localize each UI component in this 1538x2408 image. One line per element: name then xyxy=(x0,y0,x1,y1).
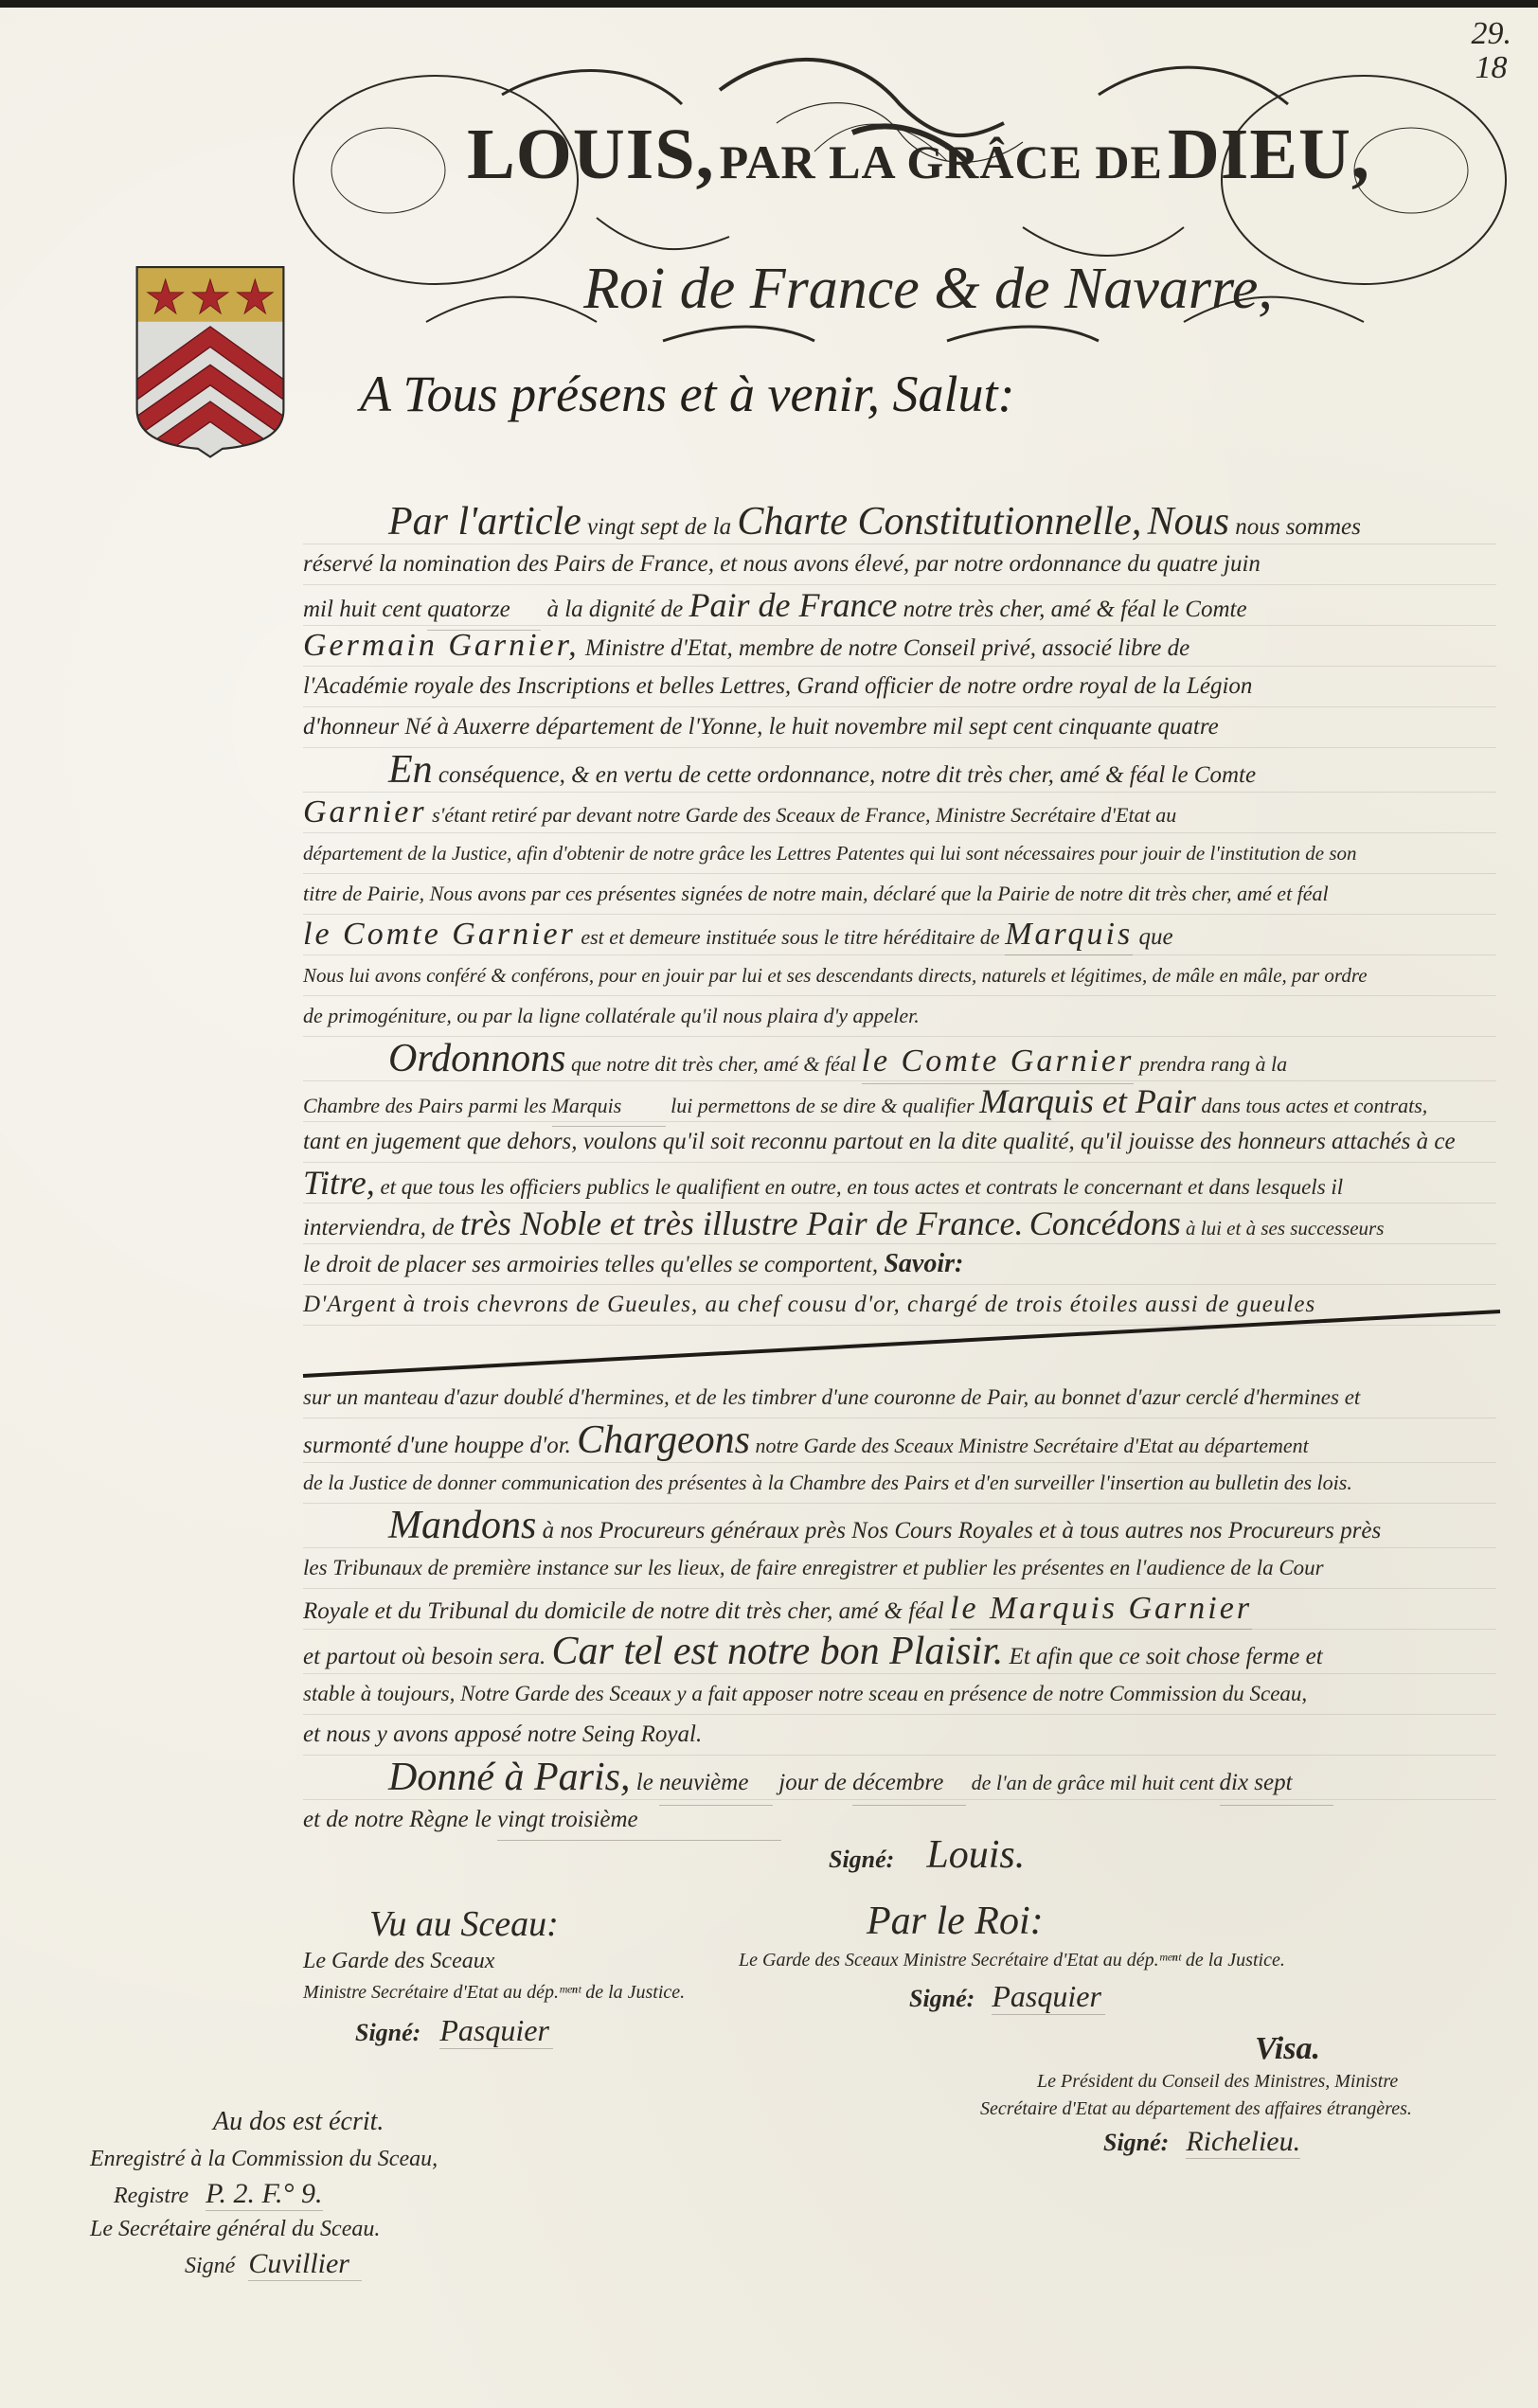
text-line: Mandons à nos Procureurs généraux près N… xyxy=(303,1504,1496,1548)
text-line: Nous lui avons conféré & conférons, pour… xyxy=(303,955,1496,996)
filled-field: Marquis xyxy=(1005,915,1133,955)
title-par-la-grace: PAR LA GRÂCE DE xyxy=(720,135,1163,188)
text-line: Titre, et que tous les officiers publics… xyxy=(303,1163,1496,1204)
text-line: Garnier s'étant retiré par devant notre … xyxy=(303,793,1496,833)
coat-of-arms-icon xyxy=(129,256,292,466)
scan-edge xyxy=(0,0,1538,8)
filled-field: neuvième xyxy=(659,1761,773,1806)
au-dos-block: Au dos est écrit. Enregistré à la Commis… xyxy=(90,2107,620,2281)
text-line: le Comte Garnier est et demeure institué… xyxy=(303,915,1496,955)
filled-field: Germain Garnier, xyxy=(303,628,580,663)
title-louis: LOUIS, xyxy=(467,115,715,194)
filled-field: le Marquis Garnier xyxy=(950,1589,1252,1630)
filled-field: Garnier xyxy=(303,794,427,829)
title-dieu: DIEU, xyxy=(1168,115,1370,194)
letters-patent-body: Par l'article vingt sept de la Charte Co… xyxy=(303,500,1496,1326)
par-le-roi-block: Par le Roi: Le Garde des Sceaux Ministre… xyxy=(739,1899,1402,2015)
letters-patent-body-continued: sur un manteau d'azur doublé d'hermines,… xyxy=(303,1378,1496,1840)
vu-au-sceau-block: Vu au Sceau: Le Garde des Sceaux Ministr… xyxy=(303,1903,748,2049)
filled-field: vingt troisième xyxy=(497,1800,781,1841)
text-line: et partout où besoin sera. Car tel est n… xyxy=(303,1630,1496,1674)
royal-subtitle: Roi de France & de Navarre, xyxy=(379,256,1477,323)
filled-field: quatorze xyxy=(427,590,541,631)
salutation: A Tous présens et à venir, Salut: xyxy=(360,365,1023,423)
au-dos-signature: Signé Cuvillier xyxy=(90,2248,620,2281)
text-line: Ordonnons que notre dit très cher, amé &… xyxy=(303,1037,1496,1081)
paragraph-ordonnons: Ordonnons que notre dit très cher, amé &… xyxy=(303,1037,1496,1326)
text-line: Par l'article vingt sept de la Charte Co… xyxy=(303,500,1496,544)
text-line: les Tribunaux de première instance sur l… xyxy=(303,1548,1496,1589)
divider-stroke xyxy=(301,1310,1502,1385)
paragraph-mandons: Mandons à nos Procureurs généraux près N… xyxy=(303,1504,1496,1756)
text-line: l'Académie royale des Inscriptions et be… xyxy=(303,667,1496,707)
au-dos-heading: Au dos est écrit. xyxy=(90,2107,620,2137)
savoir-label: Savoir: xyxy=(884,1249,963,1278)
paragraph-donne: Donné à Paris, le neuvième jour de décem… xyxy=(303,1756,1496,1840)
filled-field: Marquis xyxy=(552,1086,666,1127)
text-line: mil huit cent quatorze à la dignité de P… xyxy=(303,585,1496,626)
text-line: Chambre des Pairs parmi les Marquis lui … xyxy=(303,1081,1496,1122)
paragraph-consequence: En conséquence, & en vertu de cette ordo… xyxy=(303,748,1496,1037)
text-line: En conséquence, & en vertu de cette ordo… xyxy=(303,748,1496,793)
filled-field: dix sept xyxy=(1220,1761,1333,1806)
text-line: le droit de placer ses armoiries telles … xyxy=(303,1244,1496,1285)
text-line: tant en jugement que dehors, voulons qu'… xyxy=(303,1122,1496,1163)
filled-field: décembre xyxy=(852,1761,966,1806)
text-line: réservé la nomination des Pairs de Franc… xyxy=(303,544,1496,585)
visa-heading: Visa. xyxy=(980,2031,1511,2067)
vu-au-sceau-heading: Vu au Sceau: xyxy=(303,1903,748,1945)
vu-au-sceau-signature: Signé: Pasquier xyxy=(303,2013,748,2049)
text-line: stable à toujours, Notre Garde des Sceau… xyxy=(303,1674,1496,1715)
text-line: Germain Garnier, Ministre d'Etat, membre… xyxy=(303,626,1496,667)
royal-title: LOUIS, PAR LA GRÂCE DE DIEU, xyxy=(360,114,1477,196)
text-line: Donné à Paris, le neuvième jour de décem… xyxy=(303,1756,1496,1800)
text-line: titre de Pairie, Nous avons par ces prés… xyxy=(303,874,1496,915)
registre-line: Registre P. 2. F.° 9. xyxy=(90,2178,620,2211)
text-line: d'honneur Né à Auxerre département de l'… xyxy=(303,707,1496,748)
paragraph-manteau: sur un manteau d'azur doublé d'hermines,… xyxy=(303,1378,1496,1504)
king-signature: Signé: Louis. xyxy=(829,1832,1025,1878)
filled-field: le Comte Garnier xyxy=(303,917,576,952)
visa-signature: Signé: Richelieu. xyxy=(980,2126,1511,2159)
par-le-roi-signature: Signé: Pasquier xyxy=(739,1979,1402,2015)
text-line: sur un manteau d'azur doublé d'hermines,… xyxy=(303,1378,1496,1418)
visa-block: Visa. Le Président du Conseil des Minist… xyxy=(980,2031,1511,2159)
text-line: département de la Justice, afin d'obteni… xyxy=(303,833,1496,874)
text-line: de la Justice de donner communication de… xyxy=(303,1463,1496,1504)
filled-field: le Comte Garnier xyxy=(862,1040,1135,1084)
text-line: de primogéniture, ou par la ligne collat… xyxy=(303,996,1496,1037)
text-line: surmonté d'une houppe d'or. Chargeons no… xyxy=(303,1418,1496,1463)
text-line: interviendra, de très Noble et très illu… xyxy=(303,1204,1496,1244)
par-le-roi-heading: Par le Roi: xyxy=(739,1899,1402,1944)
text-line: Royale et du Tribunal du domicile de not… xyxy=(303,1589,1496,1630)
paragraph-charte: Par l'article vingt sept de la Charte Co… xyxy=(303,500,1496,748)
text-line: et nous y avons apposé notre Seing Royal… xyxy=(303,1715,1496,1756)
